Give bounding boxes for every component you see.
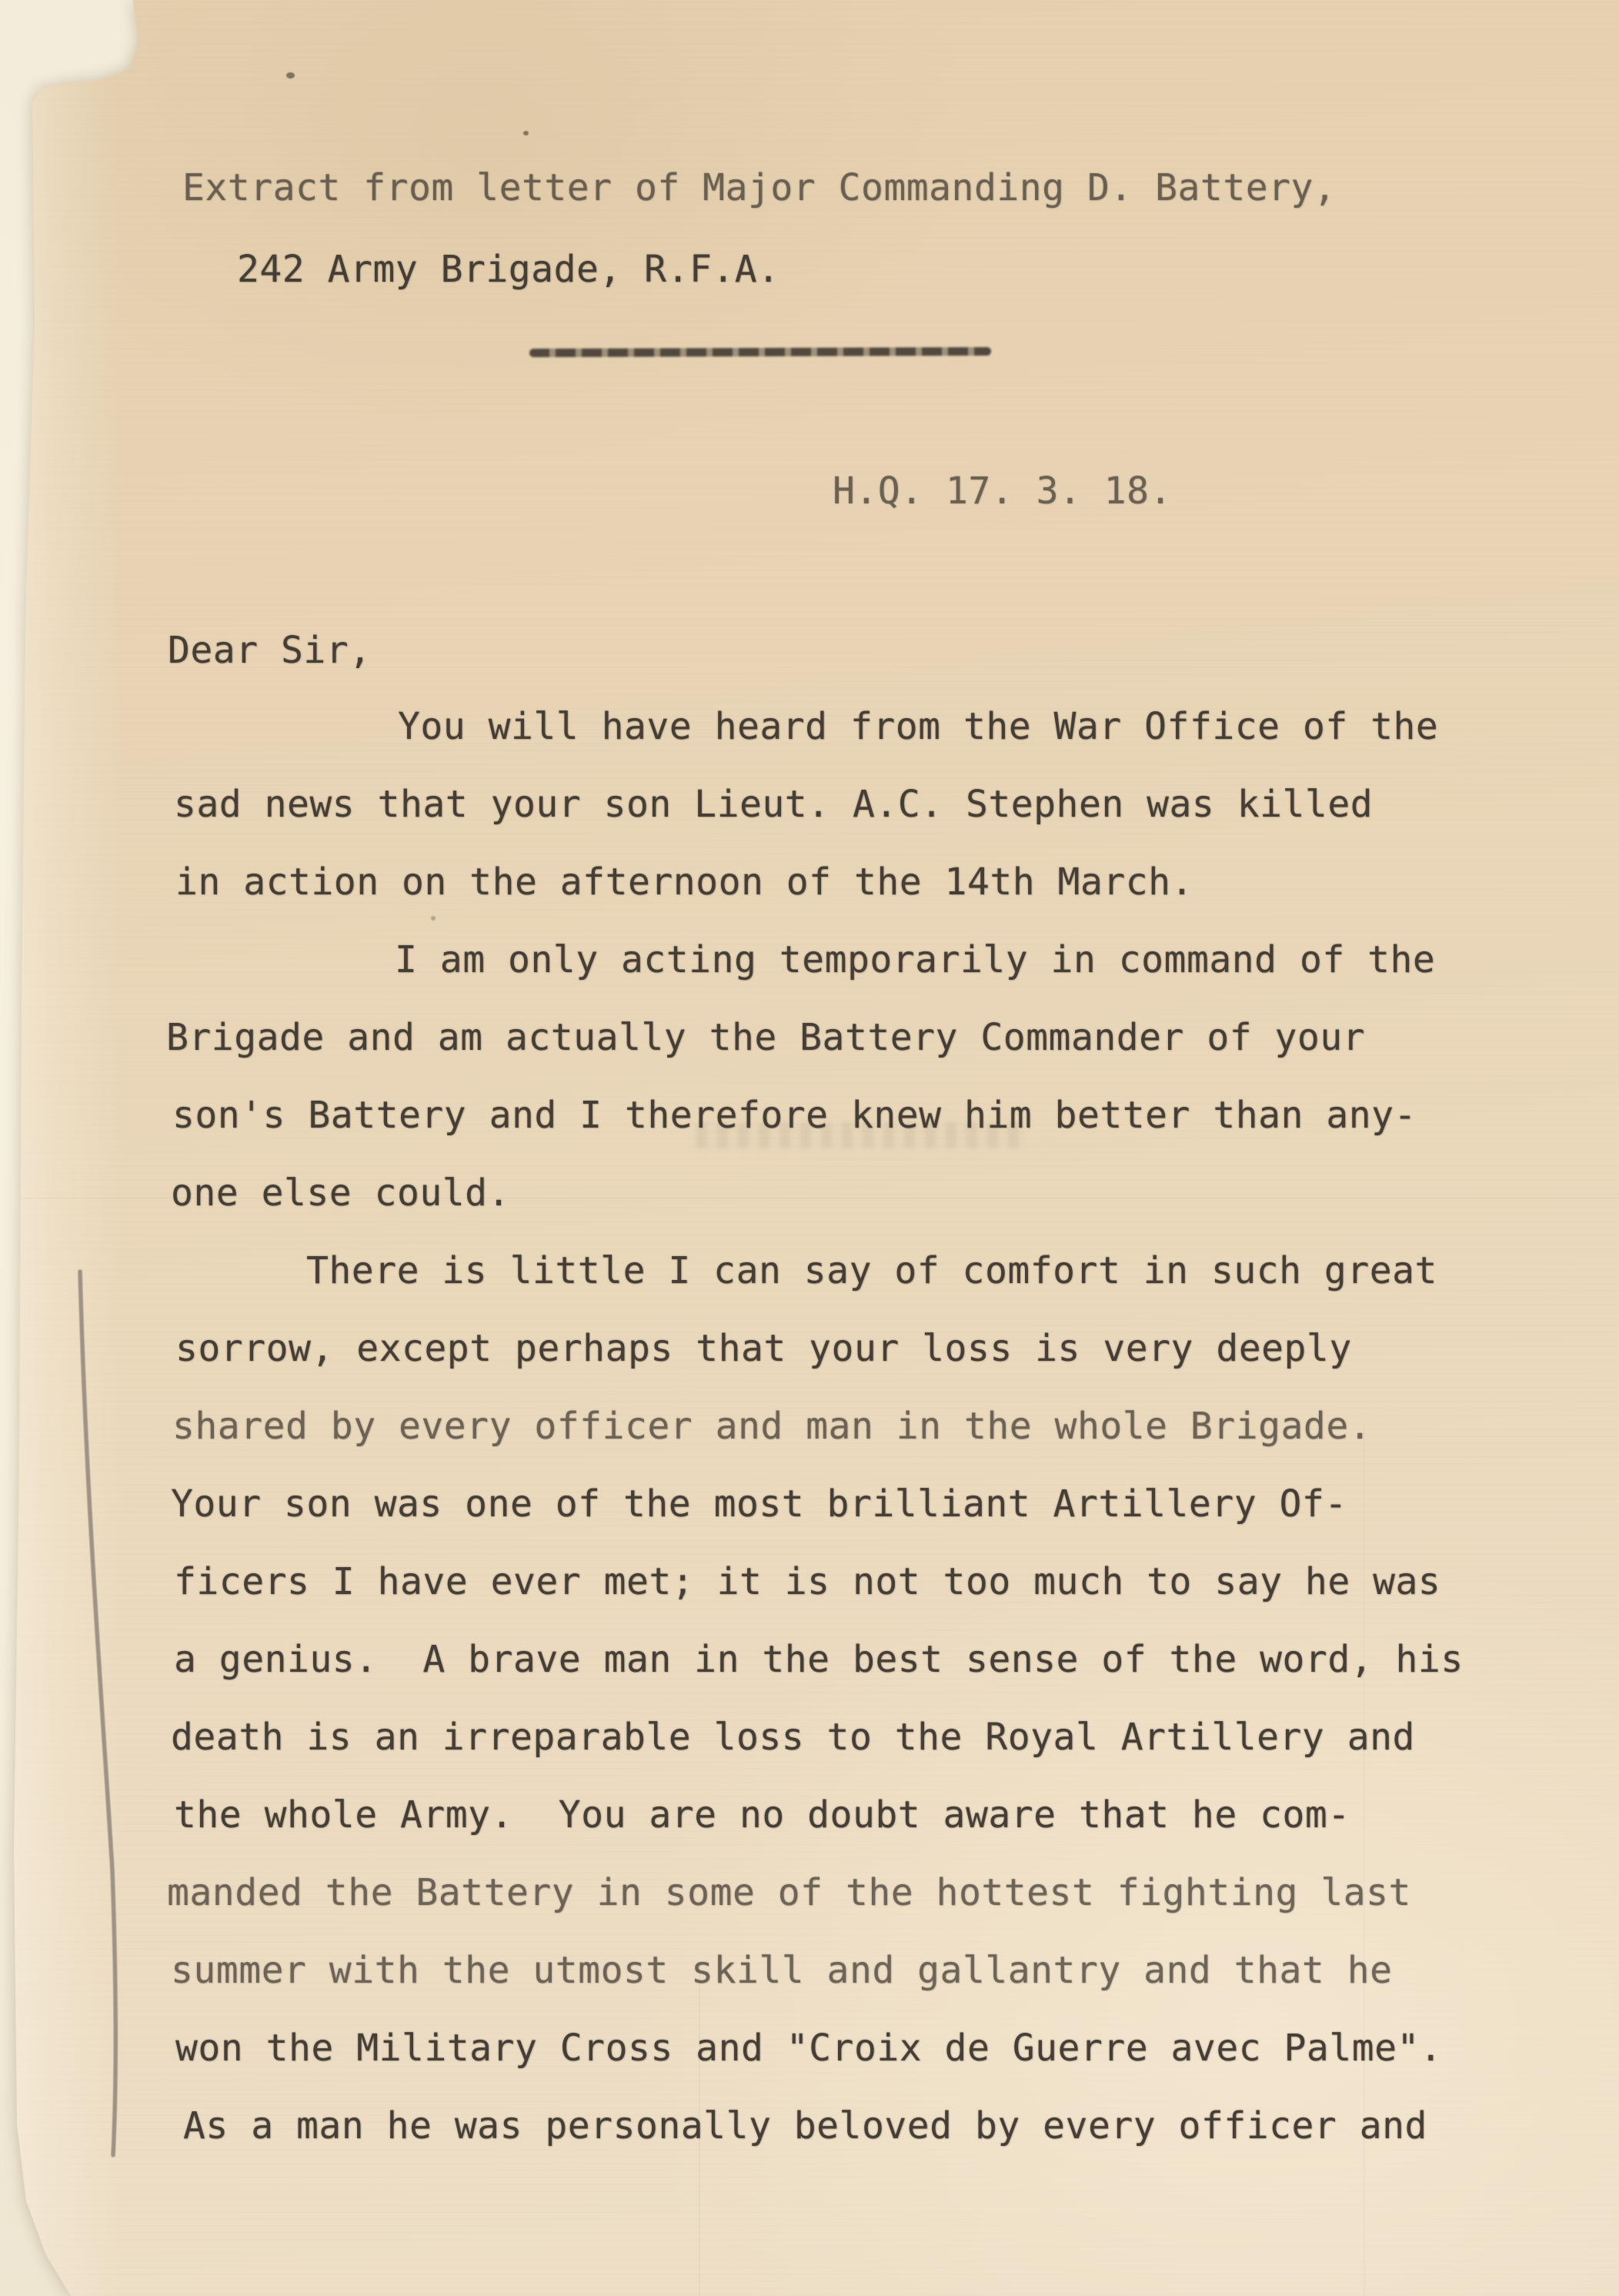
body-line: shared by every officer and man in the w… <box>172 1406 1371 1446</box>
body-line: You will have heard from the War Office … <box>398 707 1438 747</box>
body-line: Brigade and am actually the Battery Comm… <box>166 1018 1365 1058</box>
paper-sheet: Extract from letter of Major Commanding … <box>0 0 1619 2296</box>
dateline: H.Q. 17. 3. 18. <box>833 471 1172 511</box>
body-line: manded the Battery in some of the hottes… <box>167 1873 1411 1913</box>
body-line: the whole Army. You are no doubt aware t… <box>174 1795 1350 1835</box>
body-line: won the Military Cross and "Croix de Gue… <box>175 2028 1442 2068</box>
body-line: a genius. A brave man in the best sense … <box>174 1639 1464 1679</box>
body-line: Your son was one of the most brilliant A… <box>171 1484 1347 1524</box>
heading-line-2: 242 Army Brigade, R.F.A. <box>237 249 780 289</box>
body-line: sorrow, except perhaps that your loss is… <box>175 1328 1352 1369</box>
body-line: son's Battery and I therefore knew him b… <box>172 1095 1417 1135</box>
body-line: sad news that your son Lieut. A.C. Steph… <box>174 784 1373 824</box>
vertical-crease <box>1364 1424 1366 2296</box>
typed-rule <box>529 347 991 357</box>
body-line: one else could. <box>171 1173 510 1213</box>
scan-background: Extract from letter of Major Commanding … <box>0 0 1619 2296</box>
body-line: summer with the utmost skill and gallant… <box>171 1950 1393 1990</box>
heading-line-1: Extract from letter of Major Commanding … <box>182 168 1336 208</box>
body-line: ficers I have ever met; it is not too mu… <box>174 1562 1440 1602</box>
ink-fleck <box>431 916 436 921</box>
body-line: in action on the afternoon of the 14th M… <box>175 862 1193 902</box>
ink-fleck <box>286 72 295 79</box>
salutation: Dear Sir, <box>168 630 372 670</box>
letter-page: Extract from letter of Major Commanding … <box>0 0 1619 2296</box>
body-line: I am only acting temporarily in command … <box>395 940 1435 980</box>
body-line: As a man he was personally beloved by ev… <box>183 2106 1427 2146</box>
body-line: death is an irreparable loss to the Roya… <box>171 1717 1415 1757</box>
ink-fleck <box>523 131 529 135</box>
body-line: There is little I can say of comfort in … <box>306 1251 1437 1291</box>
